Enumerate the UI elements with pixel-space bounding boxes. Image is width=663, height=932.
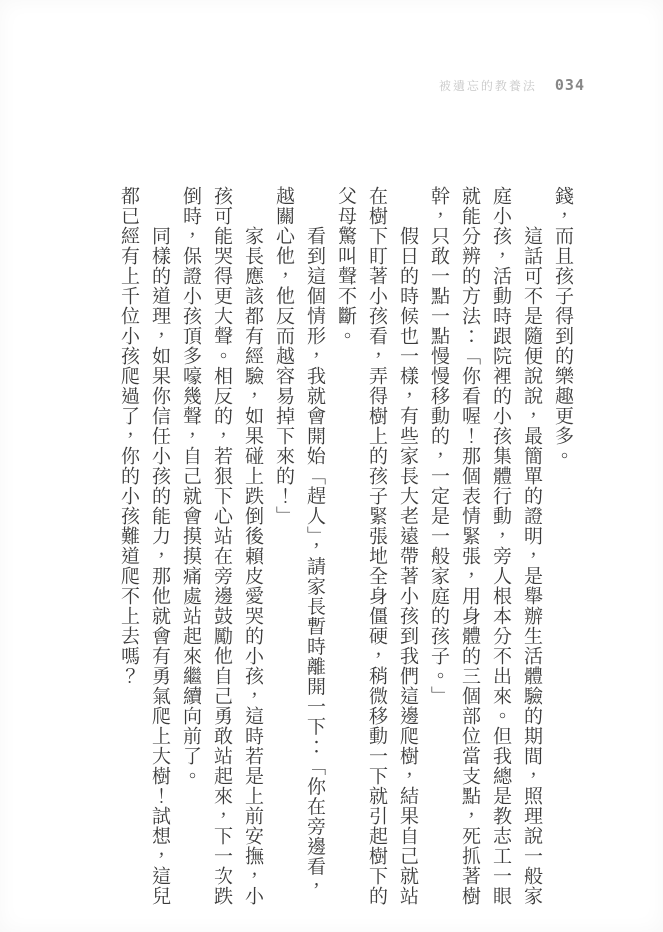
paragraph: 錢，而且孩子得到的樂趣更多。 <box>547 186 578 910</box>
book-page: 被遺忘的教養法 034 錢，而且孩子得到的樂趣更多。 這話可不是隨便說說，最簡單… <box>0 0 663 932</box>
paragraph: 家長應該都有經驗，如果碰上跌倒後賴皮愛哭的小孩，這時若是上前安撫，小孩可能哭得更… <box>175 186 268 910</box>
page-number: 034 <box>555 76 585 94</box>
book-title: 被遺忘的教養法 <box>439 77 537 94</box>
paragraph: 這話可不是隨便說說，最簡單的證明，是舉辦生活體驗的期間，照理說一般家庭小孩，活動… <box>423 186 547 910</box>
running-header: 被遺忘的教養法 034 <box>439 76 585 94</box>
paragraph: 假日的時候也一樣，有些家長大老遠帶著小孩到我們這邊爬樹，結果自己就站在樹下盯著小… <box>330 186 423 910</box>
paragraph: 看到這個情形，我就會開始「趕人」，請家長暫時離開一下：「你在旁邊看，越關心他，他… <box>268 186 330 910</box>
paragraph: 同樣的道理，如果你信任小孩的能力，那他就會有勇氣爬上大樹！試想，這兒都已經有上千… <box>113 186 175 910</box>
vertical-text-block: 錢，而且孩子得到的樂趣更多。 這話可不是隨便說說，最簡單的證明，是舉辦生活體驗的… <box>113 186 578 910</box>
